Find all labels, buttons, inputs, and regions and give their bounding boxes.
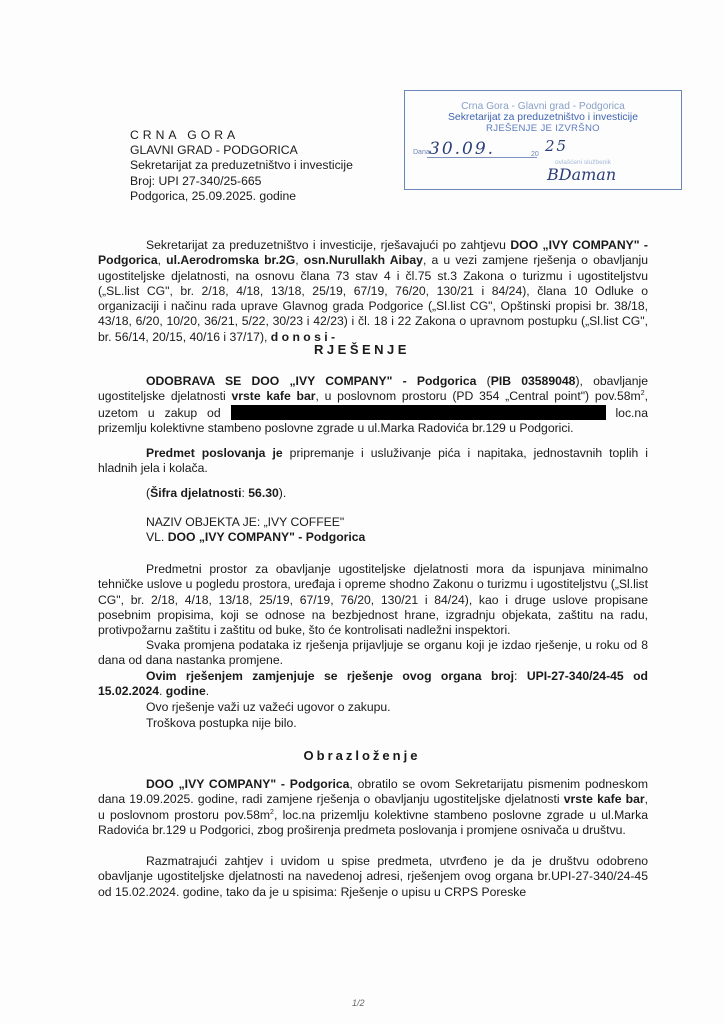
replaces-paragraph: Ovim rješenjem zamjenjuje se rješenje ov…	[98, 669, 648, 700]
header-country: CRNA GORA	[130, 128, 353, 143]
reasoning-paragraph-1: DOO „IVY COMPANY" - Podgorica, obratilo …	[98, 777, 648, 838]
header-city: GLAVNI GRAD - PODGORICA	[130, 143, 353, 158]
document-page: Crna Gora - Glavni grad - Podgorica Sekr…	[0, 0, 724, 1024]
decision-paragraph: ODOBRAVA SE DOO „IVY COMPANY" - Podgoric…	[98, 374, 648, 436]
page-number: 1/2	[352, 998, 365, 1008]
signature: BDaman	[547, 165, 616, 184]
validity-text: Ovo rješenje važi uz važeći ugovor o zak…	[98, 700, 696, 715]
header-case-number: Broj: UPI 27-340/25-665	[130, 174, 353, 189]
stamp-handwritten-date: 30.09.	[429, 139, 495, 159]
stamp-handwritten-year: 25	[545, 137, 568, 155]
stamp-line-2: Sekretarijat za preduzetništvo i investi…	[405, 112, 681, 123]
decision-title: RJEŠENJE	[0, 342, 724, 357]
redacted-block	[231, 405, 606, 420]
subject-paragraph: Predmet poslovanja je pripremanje i uslu…	[98, 446, 648, 477]
intro-founder: osn.Nurullakh Aibay	[304, 253, 423, 267]
header-place-date: Podgorica, 25.09.2025. godine	[130, 189, 353, 204]
activity-code: (Šifra djelatnosti: 56.30).	[98, 486, 696, 501]
header-office: Sekretarijat za preduzetništvo i investi…	[130, 158, 353, 173]
stamp-dana-label: Dana	[413, 149, 430, 156]
document-header: CRNA GORA GLAVNI GRAD - PODGORICA Sekret…	[130, 128, 353, 204]
stamp-year-prefix: 20	[531, 151, 539, 158]
conditions-paragraph: Predmetni prostor za obavljanje ugostite…	[98, 562, 648, 638]
stamp-line-1: Crna Gora - Glavni grad - Podgorica	[405, 101, 681, 112]
stamp-line-3: RJEŠENJE JE IZVRŠNO	[405, 123, 681, 134]
intro-address: ul.Aerodromska br.2G	[166, 253, 295, 267]
object-owner: VL. DOO „IVY COMPANY" - Podgorica	[98, 530, 696, 545]
changes-paragraph: Svaka promjena podataka iz rješenja prij…	[98, 638, 648, 669]
costs-text: Troškova postupka nije bilo.	[98, 716, 696, 731]
intro-paragraph: Sekretarijat za preduzetništvo i investi…	[98, 238, 648, 345]
stamp-date-underline	[427, 157, 537, 158]
reasoning-title: Obrazloženje	[0, 748, 724, 763]
execution-stamp: Crna Gora - Glavni grad - Podgorica Sekr…	[404, 90, 682, 190]
reasoning-paragraph-2: Razmatrajući zahtjev i uvidom u spise pr…	[98, 854, 648, 900]
pib-number: PIB 03589048	[491, 374, 576, 388]
object-name: NAZIV OBJEKTA JE: „IVY COFFEE"	[98, 515, 696, 530]
